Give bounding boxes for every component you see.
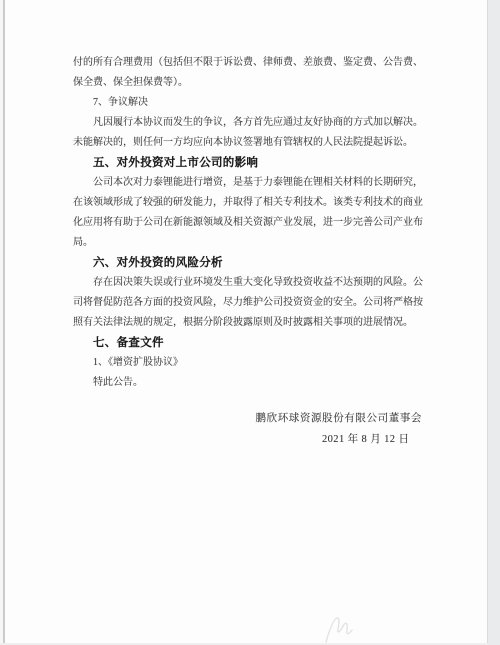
body-line: 化应用将有助于公司在新能源领域及相关资源产业发展，进一步完善公司产业布 bbox=[73, 213, 443, 233]
body-line: 在该领域形成了较强的研发能力，并取得了相关专利技术。该类专利技术的商业 bbox=[73, 193, 443, 213]
scan-edge-left bbox=[0, 0, 6, 645]
handwritten-squiggle-mark bbox=[320, 610, 362, 645]
clause-7-subheading: 7、争议解决 bbox=[73, 93, 443, 113]
scan-edge-right bbox=[487, 0, 500, 645]
body-line: 司将督促防范各方面的投资风险，尽力维护公司投资资金的安全。公司将严格按 bbox=[73, 293, 443, 313]
body-line: 存在因决策失误或行业环境发生重大变化导致投资收益不达预期的风险。公 bbox=[73, 273, 443, 293]
document-body: 付的所有合理费用（包括但不限于诉讼费、律师费、差旅费、鉴定费、公告费、 保全费、… bbox=[73, 53, 443, 393]
section-7-heading: 七、备查文件 bbox=[73, 333, 443, 353]
body-line: 付的所有合理费用（包括但不限于诉讼费、律师费、差旅费、鉴定费、公告费、 bbox=[73, 53, 443, 73]
body-line: 公司本次对力泰锂能进行增资，是基于力泰锂能在锂相关材料的长期研究， bbox=[73, 173, 443, 193]
body-line: 未能解决的，则任何一方均应向本协议签署地有管辖权的人民法院提起诉讼。 bbox=[73, 133, 443, 153]
signature-company: 鹏欣环球资源股份有限公司董事会 bbox=[256, 411, 423, 427]
signature-date: 2021 年 8 月 12 日 bbox=[322, 432, 409, 448]
document-page: 付的所有合理费用（包括但不限于诉讼费、律师费、差旅费、鉴定费、公告费、 保全费、… bbox=[0, 0, 500, 645]
section-6-heading: 六、对外投资的风险分析 bbox=[73, 253, 443, 273]
document-list-item: 1、《增资扩股协议》 bbox=[73, 353, 443, 373]
body-line: 照有关法律法规的规定，根据分阶段披露原则及时披露相关事项的进展情况。 bbox=[73, 313, 443, 333]
body-line: 局。 bbox=[73, 233, 443, 253]
body-line: 保全费、保全担保费等）。 bbox=[73, 73, 443, 93]
section-5-heading: 五、对外投资对上市公司的影响 bbox=[73, 153, 443, 173]
closing-line: 特此公告。 bbox=[73, 373, 443, 393]
body-line: 凡因履行本协议而发生的争议，各方首先应通过友好协商的方式加以解决。 bbox=[73, 113, 443, 133]
